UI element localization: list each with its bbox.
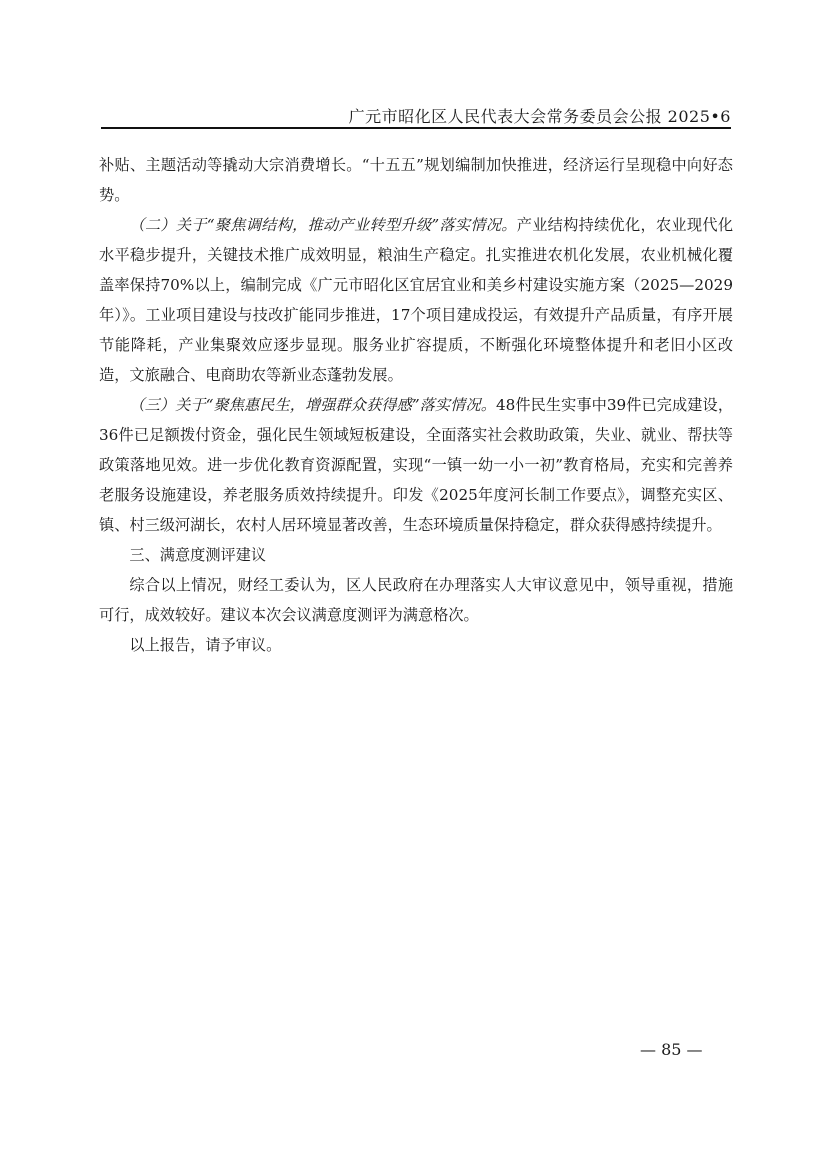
bulletin-header-title: 广元市昭化区人民代表大会常务委员会公报 2025•6: [349, 104, 731, 127]
section-3-text: 48件民生实事中39件已完成建设，36件已足额拨付资金，强化民生领域短板建设，全…: [99, 396, 733, 534]
paragraph-section-2: （二）关于“聚焦调结构，推动产业转型升级”落实情况。产业结构持续优化，农业现代化…: [99, 210, 733, 390]
section-3-lead: （三）关于“聚焦惠民生，增强群众获得感”落实情况。: [129, 396, 496, 414]
paragraph-conclusion: 综合以上情况，财经工委认为，区人民政府在办理落实人大审议意见中，领导重视，措施可…: [99, 570, 733, 630]
header-divider: [101, 127, 731, 129]
document-body: 补贴、主题活动等撬动大宗消费增长。“十五五”规划编制加快推进，经济运行呈现稳中向…: [99, 150, 733, 660]
paragraph-closing: 以上报告，请予审议。: [99, 630, 733, 660]
section-2-text: 产业结构持续优化，农业现代化水平稳步提升，关键技术推广成效明显，粮油生产稳定。扎…: [99, 216, 733, 384]
page-number: — 85 —: [640, 1040, 703, 1059]
heading-satisfaction-evaluation: 三、满意度测评建议: [99, 540, 733, 570]
section-2-lead: （二）关于“聚焦调结构，推动产业转型升级”落实情况。: [129, 216, 516, 234]
paragraph-continued: 补贴、主题活动等撬动大宗消费增长。“十五五”规划编制加快推进，经济运行呈现稳中向…: [99, 150, 733, 210]
paragraph-section-3: （三）关于“聚焦惠民生，增强群众获得感”落实情况。48件民生实事中39件已完成建…: [99, 390, 733, 540]
